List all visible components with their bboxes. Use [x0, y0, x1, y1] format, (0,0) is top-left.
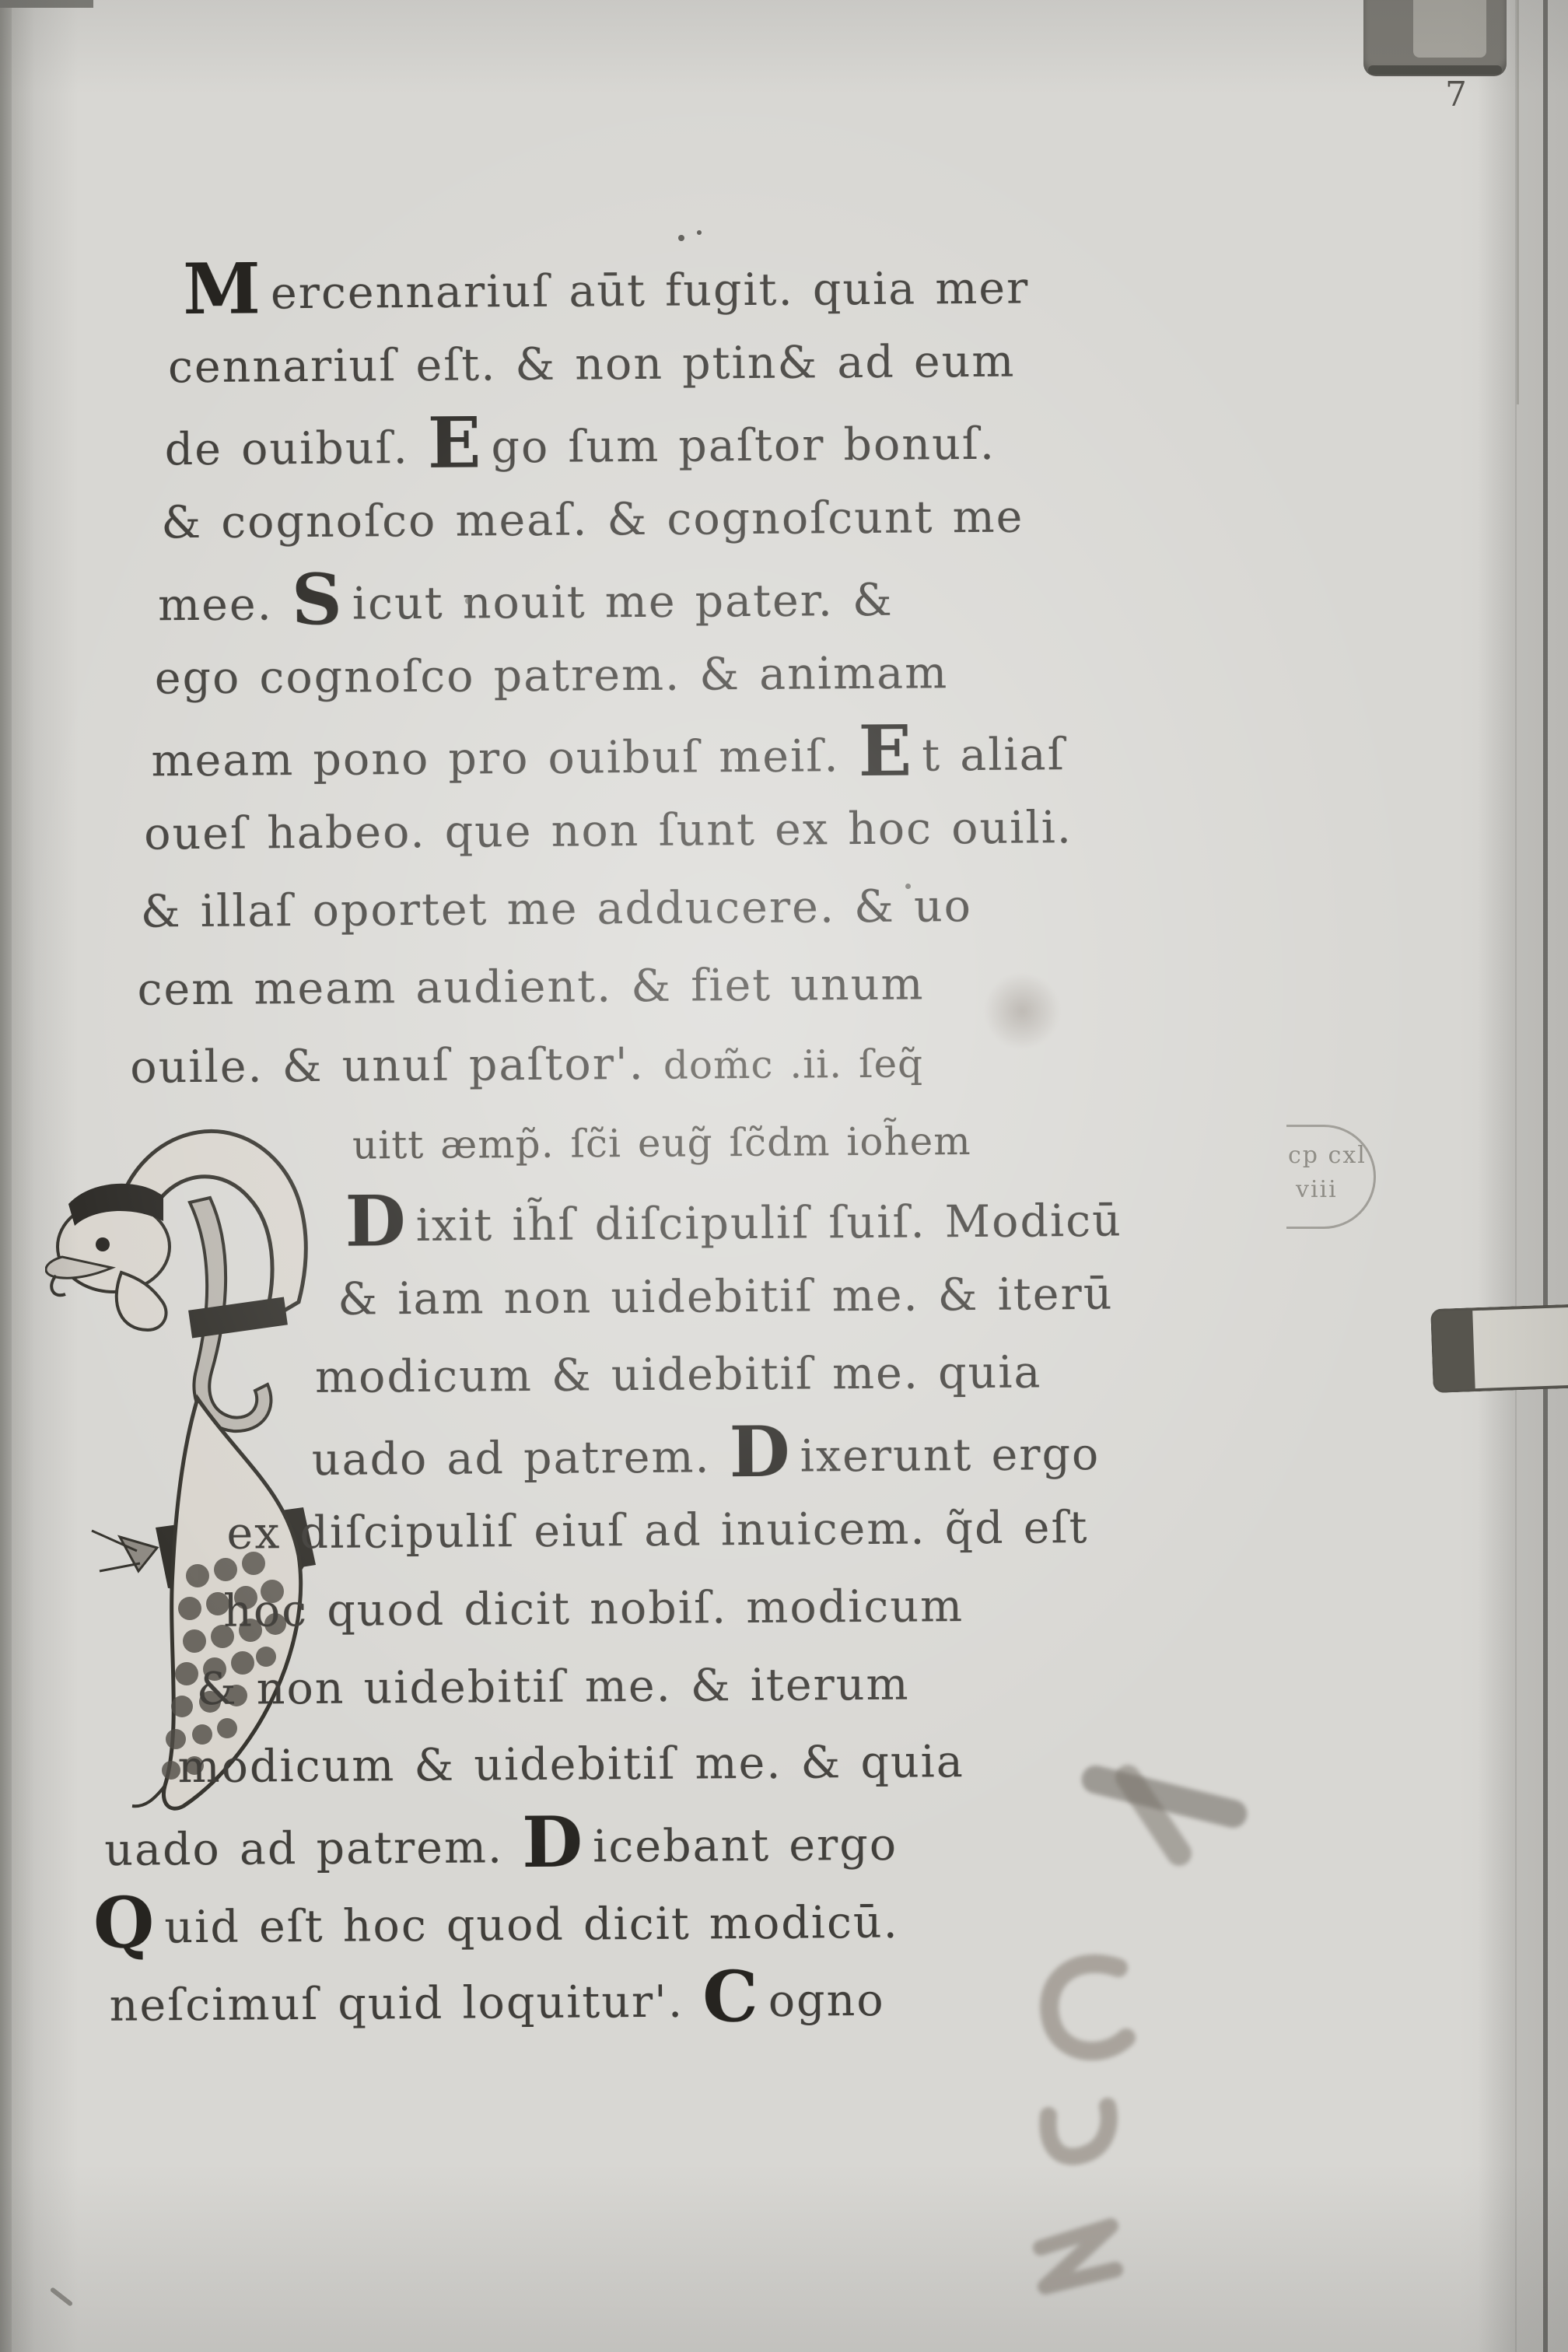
ink-offset-ghost-letters — [1017, 1921, 1251, 2326]
page-left-edge-shadow — [0, 0, 12, 2352]
text-run: ixerunt ergo — [800, 1429, 1100, 1482]
text-run: uado ad patrem. — [312, 1431, 730, 1486]
text-line: uitt æmp̃. ſc̃i eug̃ ſc̃dm ioh̃em — [352, 1106, 971, 1188]
book-clamp-inner — [1413, 0, 1486, 58]
text-line: & iam non uidebitiſ me. & iterū — [338, 1261, 1114, 1344]
text-line: Dixit ih̃ſ diſcipuliſ ſuiſ. Modicū — [345, 1183, 1122, 1266]
decorated-initial: S — [291, 558, 340, 641]
book-clamp — [1363, 0, 1507, 76]
text-run: ercennariuſ aūt fugit. quia mer — [271, 262, 1030, 319]
marginal-chapter-note: cp cxl viii — [1282, 1125, 1381, 1227]
corner-pen-tick — [50, 2287, 73, 2307]
decorated-initial: D — [729, 1411, 788, 1494]
text-run: hoc quod dicit nobiſ. modicum — [223, 1580, 964, 1637]
text-run: meam pono pro ouibuſ meiſ. — [151, 730, 859, 786]
ink-stain — [982, 974, 1062, 1048]
text-line: uado ad patrem. Dixerunt ergo — [311, 1416, 1100, 1500]
note-line-2: viii — [1296, 1176, 1338, 1203]
text-run: & illaſ oportet me adducere. & uo — [141, 880, 973, 937]
text-line: Quid eſt hoc quod dicit modicū. — [93, 1885, 899, 1968]
text-line: modicum & uidebitiſ me. & quia — [177, 1728, 964, 1811]
wooden-pointer-stick — [1430, 1304, 1568, 1396]
text-run: go ſum paſtor bonuſ. — [491, 418, 996, 474]
text-line: neſcimuſ quid loquitur'. Cogno — [109, 1962, 885, 2046]
decorated-initial: C — [702, 1955, 756, 2038]
text-run: icebant ergo — [593, 1819, 898, 1873]
text-line: uado ad patrem. Dicebant ergo — [104, 1807, 898, 1890]
text-run: & non uidebitiſ me. & iterum — [197, 1659, 910, 1715]
decorated-initial: M — [183, 247, 258, 331]
text-run: & cognoſco meaſ. & cognoſcunt me — [161, 492, 1024, 549]
text-run: ogno — [768, 1975, 885, 2027]
text-line: ouile. & unuſ paſtor'. dom̃c .ii. ſeq̃ — [130, 1028, 923, 1111]
top-left-edge-shadow — [0, 0, 93, 8]
page-right-edge-line-upper — [1517, 0, 1519, 404]
text-run: icut nouit me pater. & — [352, 575, 894, 630]
folio-number: 7 — [1445, 75, 1467, 114]
text-run: ouile. & unuſ paſtor'. — [130, 1038, 663, 1094]
decorated-initial: D — [345, 1180, 404, 1263]
text-line: mee. Sicut nouit me pater. & — [158, 562, 894, 646]
decorated-initial: E — [858, 710, 909, 793]
text-line: modicum & uidebitiſ me. quia — [315, 1339, 1042, 1422]
book-clamp-edge — [1368, 65, 1502, 75]
rubric-run: dom̃c .ii. ſeq̃ — [663, 1041, 924, 1087]
page-left-edge — [12, 0, 35, 2352]
text-line: hoc quod dicit nobiſ. modicum — [223, 1573, 964, 1656]
rubric-run: uitt æmp̃. ſc̃i eug̃ ſc̃dm ioh̃em — [352, 1118, 971, 1168]
text-run: cem meam audient. & fiet unum — [137, 958, 924, 1015]
text-run: neſcimuſ quid loquitur'. — [109, 1976, 702, 2031]
text-run: modicum & uidebitiſ me. & quia — [177, 1736, 964, 1793]
right-edge-shade — [1478, 0, 1517, 2352]
text-run: ixit ih̃ſ diſcipuliſ ſuiſ. Modicū — [416, 1195, 1122, 1251]
text-run: de ouibuſ. — [165, 422, 429, 475]
text-line: Mercennariuſ aūt fugit. quia mer — [183, 250, 1030, 334]
text-run: uid eſt hoc quod dicit modicū. — [164, 1897, 899, 1954]
page-right-edge-line — [1543, 0, 1548, 2352]
manuscript-photo: 7 cp cxl viii — [0, 0, 1568, 2352]
text-run: t aliaſ — [922, 729, 1066, 781]
text-line: & cognoſco meaſ. & cognoſcunt me — [161, 484, 1024, 568]
text-line: meam pono pro ouibuſ meiſ. Et aliaſ — [151, 716, 1066, 800]
text-line: ex diſcipuliſ eiuſ ad inuicem. q̃d eſt — [226, 1494, 1089, 1578]
ink-speck — [905, 884, 911, 889]
pointer-stick-tip — [1432, 1310, 1475, 1391]
ink-speck — [697, 230, 702, 235]
text-line: & illaſ oportet me adducere. & uo — [141, 873, 973, 956]
text-run: mee. — [158, 579, 292, 631]
text-line: cennariuſ eſt. & non ptin& ad eum — [168, 328, 1016, 412]
text-run: uado ad patrem. — [104, 1822, 522, 1876]
text-line: & non uidebitiſ me. & iterum — [197, 1651, 910, 1734]
text-line: de ouibuſ. Ego ſum paſtor bonuſ. — [164, 406, 996, 489]
decorated-initial: Q — [93, 1881, 152, 1965]
note-line-1: cp cxl — [1288, 1142, 1367, 1169]
text-line: cem meam audient. & fiet unum — [137, 950, 925, 1034]
text-block: Mercennariuſ aūt fugit. quia mercennariu… — [82, 249, 1199, 2139]
decorated-initial: D — [522, 1801, 581, 1885]
book-foredge-pages — [1515, 0, 1568, 2352]
ink-speck — [465, 597, 472, 604]
text-line: oueſ habeo. que non ſunt ex hoc ouili. — [144, 794, 1073, 878]
text-run: & iam non uidebitiſ me. & iterū — [338, 1269, 1113, 1325]
text-run: oueſ habeo. que non ſunt ex hoc ouili. — [144, 802, 1073, 859]
text-run: cennariuſ eſt. & non ptin& ad eum — [168, 336, 1016, 394]
text-run: ex diſcipuliſ eiuſ ad inuicem. q̃d eſt — [226, 1502, 1088, 1559]
text-line: ego cognoſco patrem. & animam — [154, 639, 948, 723]
decorated-initial: E — [427, 401, 478, 484]
text-run: ego cognoſco patrem. & animam — [155, 647, 949, 704]
text-run: modicum & uidebitiſ me. quia — [315, 1346, 1042, 1403]
ink-speck — [678, 235, 684, 241]
